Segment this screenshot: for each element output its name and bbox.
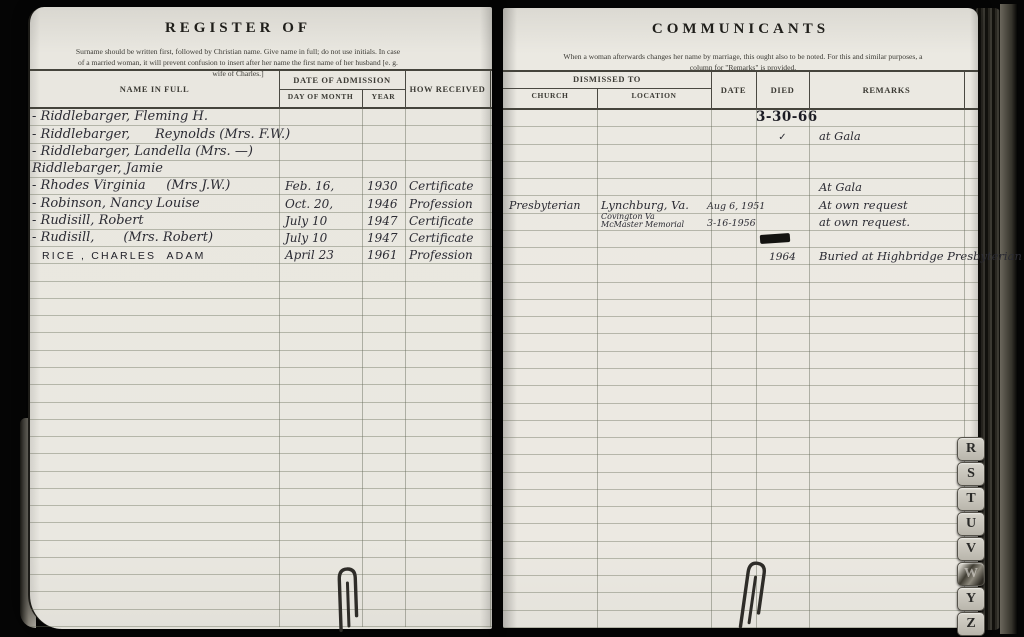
table-row [30,454,492,471]
table-row [30,403,492,420]
right-table-header: DISMISSED TO CHURCH LOCATION DATE DIED R… [503,70,978,110]
handwritten-cell: Certificate [409,179,473,193]
index-tab-label: S [967,466,975,482]
table-row [30,333,492,350]
table-row [503,438,978,455]
table-row: At Gala [503,179,978,196]
handwritten-cell: Certificate [409,231,473,245]
header-underline [503,88,711,89]
table-row [503,473,978,490]
table-row: - Riddlebarger, Landella (Mrs. —) [30,144,492,161]
table-row [503,369,978,386]
col-header-location: LOCATION [597,91,711,100]
table-row: - Rhodes Virginia (Mrs J.W.)Feb. 16,1930… [30,178,492,195]
handwritten-cell: 1961 [367,248,398,262]
header-divider [490,71,491,109]
table-row [503,162,978,179]
handwritten-cell: at own request. [819,215,910,229]
col-header-name-in-full: NAME IN FULL [30,84,279,94]
handwritten-cell: at Gala [819,129,861,143]
col-header-dismissed-to: DISMISSED TO [503,74,711,84]
col-header-died: DIED [756,85,809,95]
col-header-church: CHURCH [503,91,597,100]
table-row [30,420,492,437]
table-row [30,575,492,592]
handwritten-cell: At own request [819,198,908,212]
table-row: - Rudisill, RobertJuly 101947Certificate [30,213,492,230]
handwritten-cell: - Rhodes Virginia (Mrs J.W.) [32,178,230,193]
col-header-day-of-month: DAY OF MONTH [279,92,362,101]
table-row: - Robinson, Nancy LouiseOct. 20,1946Prof… [30,195,492,212]
table-row [503,317,978,334]
column-rule [711,110,712,628]
table-row [503,455,978,472]
table-row [30,316,492,333]
table-row [30,489,492,506]
table-row [30,437,492,454]
handwritten-cell: - Rudisill, (Mrs. Robert) [32,230,213,245]
header-divider [405,71,406,109]
table-row: - Rudisill, (Mrs. Robert)July 101947Cert… [30,230,492,247]
table-row: ✓at Gala [503,127,978,144]
column-rule [597,110,598,628]
right-page-title: COMMUNICANTS [503,21,978,38]
table-row [503,542,978,559]
table-row [30,541,492,558]
table-row: Covington Va McMaster Memorial3-16-1956a… [503,214,978,231]
header-divider [756,72,757,110]
table-row: 3-30-66 [503,110,978,127]
handwritten-cell: Feb. 16, [285,179,334,193]
table-row [30,385,492,402]
handwritten-cell: At Gala [819,180,862,194]
handwritten-cell: - Riddlebarger, Reynolds (Mrs. F.W.) [32,127,290,142]
page-right: COMMUNICANTS When a woman afterwards cha… [503,8,978,628]
handwritten-cell: 1947 [367,231,398,245]
table-row: Riddlebarger, Jamie [30,161,492,178]
table-row [30,351,492,368]
index-tab-label: U [966,516,976,532]
handwritten-cell: - Rudisill, Robert [32,213,144,228]
column-rule [279,109,280,627]
index-tab-w: W [957,562,985,586]
handwritten-cell: 3-30-66 [756,109,809,125]
handwritten-cell: Buried at Highbridge Presbyterian [819,249,1022,263]
handwritten-cell: - Riddlebarger, Landella (Mrs. —) [32,144,253,159]
table-row [30,472,492,489]
table-row [503,421,978,438]
handwritten-cell: Profession [409,197,473,211]
table-row [30,299,492,316]
table-row [503,265,978,282]
handwritten-cell: Lynchburg, Va. [601,198,689,212]
column-rule [809,110,810,628]
table-row [503,352,978,369]
table-row [503,404,978,421]
column-rule [362,109,363,627]
paperclip-icon [333,566,363,633]
table-row [30,264,492,281]
handwritten-cell: Presbyterian [509,199,580,212]
table-row: - Riddlebarger, Reynolds (Mrs. F.W.) [30,126,492,143]
handwritten-cell: 1946 [367,197,398,211]
index-tab-s: S [957,462,985,486]
right-table-body: 3-30-66✓at GalaAt GalaPresbyterianLynchb… [503,110,978,628]
index-tab-label: R [966,441,976,457]
handwritten-cell: 1930 [367,179,398,193]
handwritten-cell: Certificate [409,214,473,228]
index-tab-z: Z [957,612,985,636]
index-tab-t: T [957,487,985,511]
header-divider [964,72,965,110]
table-row [503,507,978,524]
left-table-header: NAME IN FULL DATE OF ADMISSION DAY OF MO… [30,69,492,109]
handwritten-cell: July 10 [285,231,327,245]
handwritten-cell: RICE , CHARLES ADAM [42,250,206,262]
index-tab-label: T [966,491,975,507]
table-row [30,558,492,575]
page-left: REGISTER OF Surname should be written fi… [28,7,492,629]
table-row [30,368,492,385]
handwritten-cell: April 23 [285,248,334,262]
handwritten-cell: 1964 [756,251,809,263]
header-underline [279,89,405,90]
handwritten-cell: - Riddlebarger, Fleming H. [32,109,208,124]
index-tab-label: V [966,541,976,557]
table-row [30,610,492,627]
index-tab-r: R [957,437,985,461]
index-tab-label: Z [966,616,975,632]
handwritten-cell: Covington Va McMaster Memorial [601,213,684,230]
handwritten-cell: 1947 [367,214,398,228]
col-header-date: DATE [711,85,756,95]
header-divider [809,72,810,110]
table-row: - Riddlebarger, Fleming H. [30,109,492,126]
table-row [503,386,978,403]
handwritten-cell: 3-16-1956 [707,218,756,229]
table-row [503,524,978,541]
table-row [503,283,978,300]
table-row [30,523,492,540]
handwritten-cell: July 10 [285,214,327,228]
table-row [503,145,978,162]
col-header-year: YEAR [362,92,405,101]
col-header-how-received: HOW RECEIVED [405,84,490,94]
table-row [30,282,492,299]
table-row [503,300,978,317]
index-tab-v: V [957,537,985,561]
header-divider [597,88,598,110]
table-row: 1964Buried at Highbridge Presbyterian [503,248,978,265]
book-cover-edge [1000,4,1018,634]
column-rule [756,110,757,628]
index-tab-y: Y [957,587,985,611]
redaction-scribble [760,233,791,244]
col-header-remarks: REMARKS [809,85,964,95]
table-row: PresbyterianLynchburg, Va.Aug 6, 1951At … [503,196,978,213]
col-header-date-of-admission: DATE OF ADMISSION [279,75,405,85]
handwritten-cell: Riddlebarger, Jamie [32,161,163,176]
table-row [503,490,978,507]
table-row [503,559,978,576]
column-rule [490,109,491,627]
table-row: RICE , CHARLES ADAMApril 231961Professio… [30,247,492,264]
handwritten-cell: ✓ [756,132,809,143]
left-table-body: - Riddlebarger, Fleming H.- Riddlebarger… [30,109,492,627]
header-divider [362,89,363,109]
register-book-spread: REGISTER OF Surname should be written fi… [0,0,1024,637]
table-row [30,592,492,609]
table-row [503,231,978,248]
table-row [503,334,978,351]
handwritten-cell: Oct. 20, [285,197,333,211]
column-rule [405,109,406,627]
handwritten-cell: Profession [409,248,473,262]
table-row [30,506,492,523]
left-page-title: REGISTER OF [30,20,446,37]
index-tab-u: U [957,512,985,536]
header-divider [279,71,280,109]
index-tab-label: W [964,566,978,582]
index-tab-label: Y [966,591,976,607]
handwritten-cell: - Robinson, Nancy Louise [32,196,200,211]
header-divider [711,72,712,110]
